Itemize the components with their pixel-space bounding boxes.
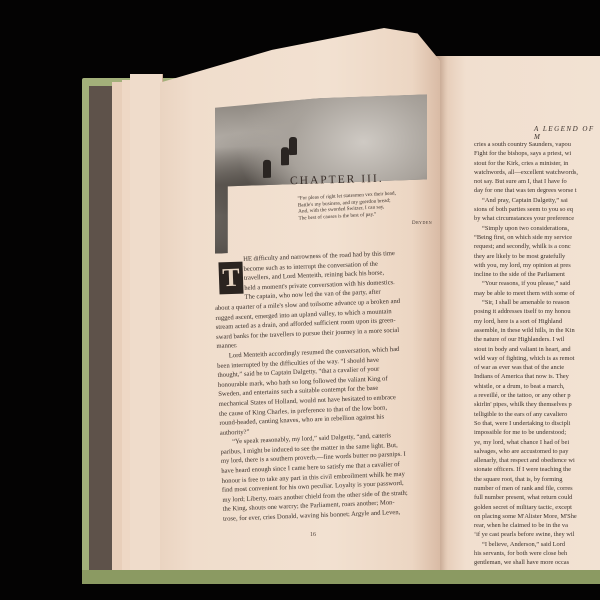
text-line: they are likely to be most gratefully — [474, 252, 600, 261]
text-line: So that, were I undertaking to discipli — [474, 419, 600, 428]
text-line: whistle, or a drum, to beat a march, — [474, 382, 600, 391]
text-line: the nature of our Highlanders. I wil — [474, 335, 600, 344]
text-line: stout for the Kirk, cries a minister, in — [474, 159, 600, 168]
left-page-body: HE difficulty and narrowness of the road… — [213, 247, 448, 524]
text-line: incline to the side of the Parliament — [474, 270, 600, 279]
text-line: “Sir, I shall be amenable to reason — [474, 298, 600, 307]
text-line: the square root, that is, by forming — [474, 475, 600, 484]
text-line: sionate officers. If I were teaching the — [474, 465, 600, 474]
cover-bottom-edge — [82, 570, 600, 584]
text-line: impossible for me to be understood; — [474, 428, 600, 437]
text-line: watchwords, all—excellent watchwords, — [474, 168, 600, 177]
rider-figure — [263, 160, 271, 178]
text-line: not say. But sure am I, that I have fo — [474, 177, 600, 186]
text-line: a reveillé, or the tattoo, or any other … — [474, 391, 600, 400]
text-line: may be able to meet them with some of — [474, 289, 600, 298]
text-line: “And pray, Captain Dalgetty,” sai — [474, 196, 600, 205]
text-line: Fight for the bishops, says a priest, wi — [474, 149, 600, 158]
rider-figure — [281, 147, 289, 165]
text-line: telligible to the ears of any cavaliero — [474, 410, 600, 419]
text-line: “Being first, on which side my service — [474, 233, 600, 242]
text-line: “Simply upon two considerations, — [474, 224, 600, 233]
text-line: full number present, what return could — [474, 493, 600, 502]
text-line: salvages, who are accustomed to pay — [474, 447, 600, 456]
epigraph-author: Dryden — [412, 220, 432, 226]
photo-background: CHAPTER III. “For pleas of right let sta… — [0, 0, 600, 600]
text-line: “I believe, Anderson,” said Lord — [474, 540, 600, 549]
text-line: allenarly, that respect and obedience wi — [474, 456, 600, 465]
text-line: rear, when he claimed to be in the va — [474, 521, 600, 530]
text-line: skirlin' pipes, whilk they themselves p — [474, 400, 600, 409]
page-edge — [130, 74, 163, 574]
right-page-body: cries a south country Saunders, vapou Fi… — [474, 140, 600, 568]
text-line: number of men of rank and file, corres — [474, 484, 600, 493]
text-line: stout in body and valiant in heart, and — [474, 345, 600, 354]
text-line: gentleman, we shall have more occas — [474, 558, 600, 567]
drop-cap: T — [218, 262, 243, 295]
text-line: ‘if ye cast pearls before swine, they wi… — [474, 530, 600, 539]
text-line: by what circumstances your preference — [474, 214, 600, 223]
text-line: his servants, for both were close beh — [474, 549, 600, 558]
rider-figure — [289, 137, 297, 155]
text-line: assemble, in these wild hills, in the Ki… — [474, 326, 600, 335]
text-line: cries a south country Saunders, vapou — [474, 140, 600, 149]
text-line: request; and secondly, whilk is a conc — [474, 242, 600, 251]
text-line: ye, my lord, what chance I had of bei — [474, 438, 600, 447]
text-line: posing it addresses itself to my honou — [474, 307, 600, 316]
text-line: Indians of America that now is. They — [474, 372, 600, 381]
text-line: on placing some M'Alister More, M'She — [474, 512, 600, 521]
text-line: of war as ever was that of the ancie — [474, 363, 600, 372]
text-line: with you, my lord, my opinion at pres — [474, 261, 600, 270]
page-number: 16 — [310, 532, 316, 538]
text-line: my lord, here is a sort of Highland — [474, 317, 600, 326]
text-line: wild way of fighting, which is as remot — [474, 354, 600, 363]
text-line: sions of both parties seem to you so eq — [474, 205, 600, 214]
chapter-title: CHAPTER III. — [290, 173, 384, 187]
text-line: golden secret of military tactic, except — [474, 503, 600, 512]
text-line: “Your reasons, if you please,” said — [474, 279, 600, 288]
cover-inner-board — [89, 86, 113, 578]
running-head: A LEGEND OF M — [534, 125, 600, 141]
text-line: day for one that was ten degrees worse t — [474, 186, 600, 195]
